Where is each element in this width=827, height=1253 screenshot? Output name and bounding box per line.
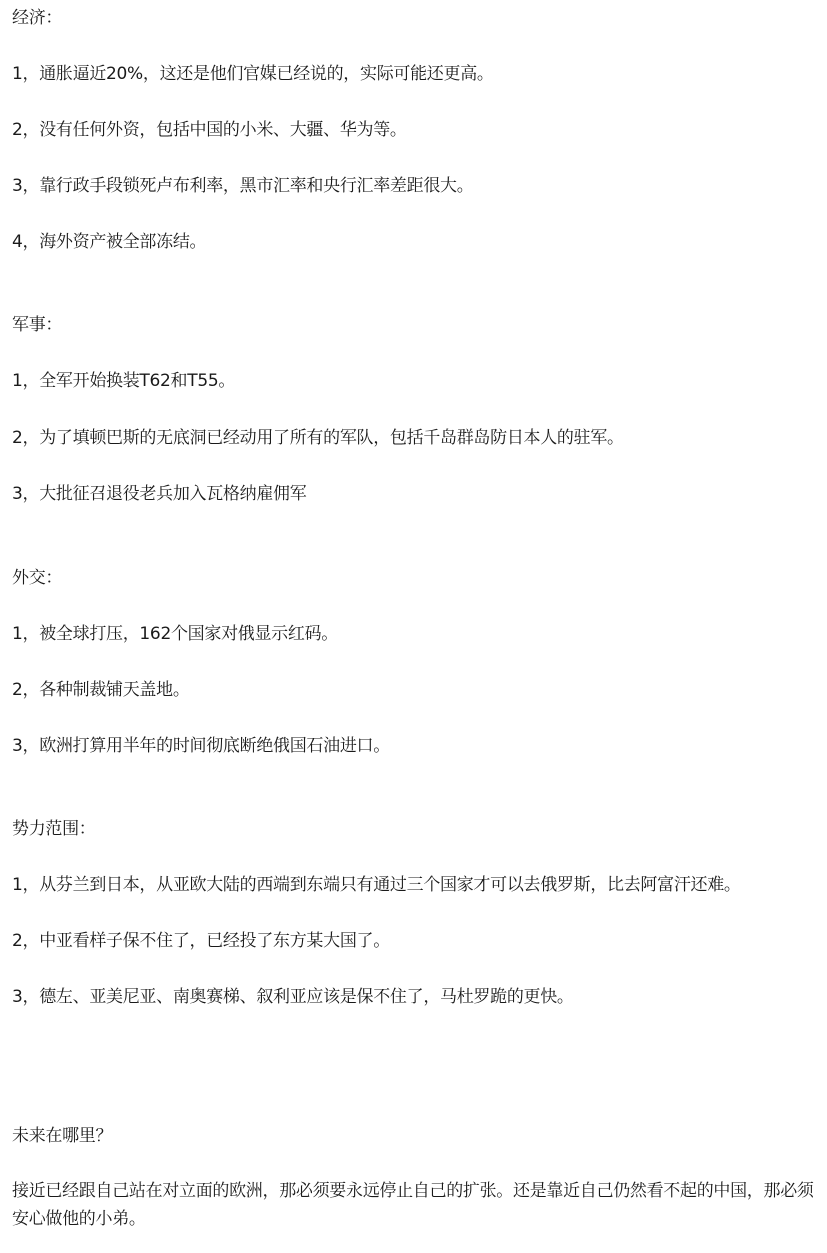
section-heading-military: 军事： [12,314,827,336]
list-item: 3，靠行政手段锁死卢布利率，黑市汇率和央行汇率差距很大。 [12,175,827,197]
conclusion-heading: 未来在哪里？ [12,1125,827,1147]
list-item: 3，德左、亚美尼亚、南奥赛梯、叙利亚应该是保不住了，马杜罗跪的更快。 [12,986,827,1008]
list-item: 1，被全球打压，162个国家对俄显示红码。 [12,623,827,645]
list-item: 2，各种制裁铺天盖地。 [12,679,827,701]
conclusion-paragraph: 接近已经跟自己站在对立面的欧洲，那必须要永远停止自己的扩张。还是靠近自己仍然看不… [12,1177,822,1233]
section-heading-sphere-of-influence: 势力范围： [12,818,827,840]
list-item: 2，没有任何外资，包括中国的小米、大疆、华为等。 [12,119,827,141]
list-item: 3，大批征召退役老兵加入瓦格纳雇佣军 [12,483,827,505]
list-item: 3，欧洲打算用半年的时间彻底断绝俄国石油进口。 [12,735,827,757]
section-heading-economy: 经济： [12,7,827,29]
list-item: 4，海外资产被全部冻结。 [12,231,827,253]
list-item: 2，为了填顿巴斯的无底洞已经动用了所有的军队，包括千岛群岛防日本人的驻军。 [12,427,827,449]
list-item: 1，全军开始换装T62和T55。 [12,370,827,392]
list-item: 2，中亚看样子保不住了，已经投了东方某大国了。 [12,930,827,952]
list-item: 1，从芬兰到日本，从亚欧大陆的西端到东端只有通过三个国家才可以去俄罗斯，比去阿富… [12,874,827,896]
list-item: 1，通胀逼近20%，这还是他们官媒已经说的，实际可能还更高。 [12,63,827,85]
section-heading-diplomacy: 外交： [12,567,827,589]
